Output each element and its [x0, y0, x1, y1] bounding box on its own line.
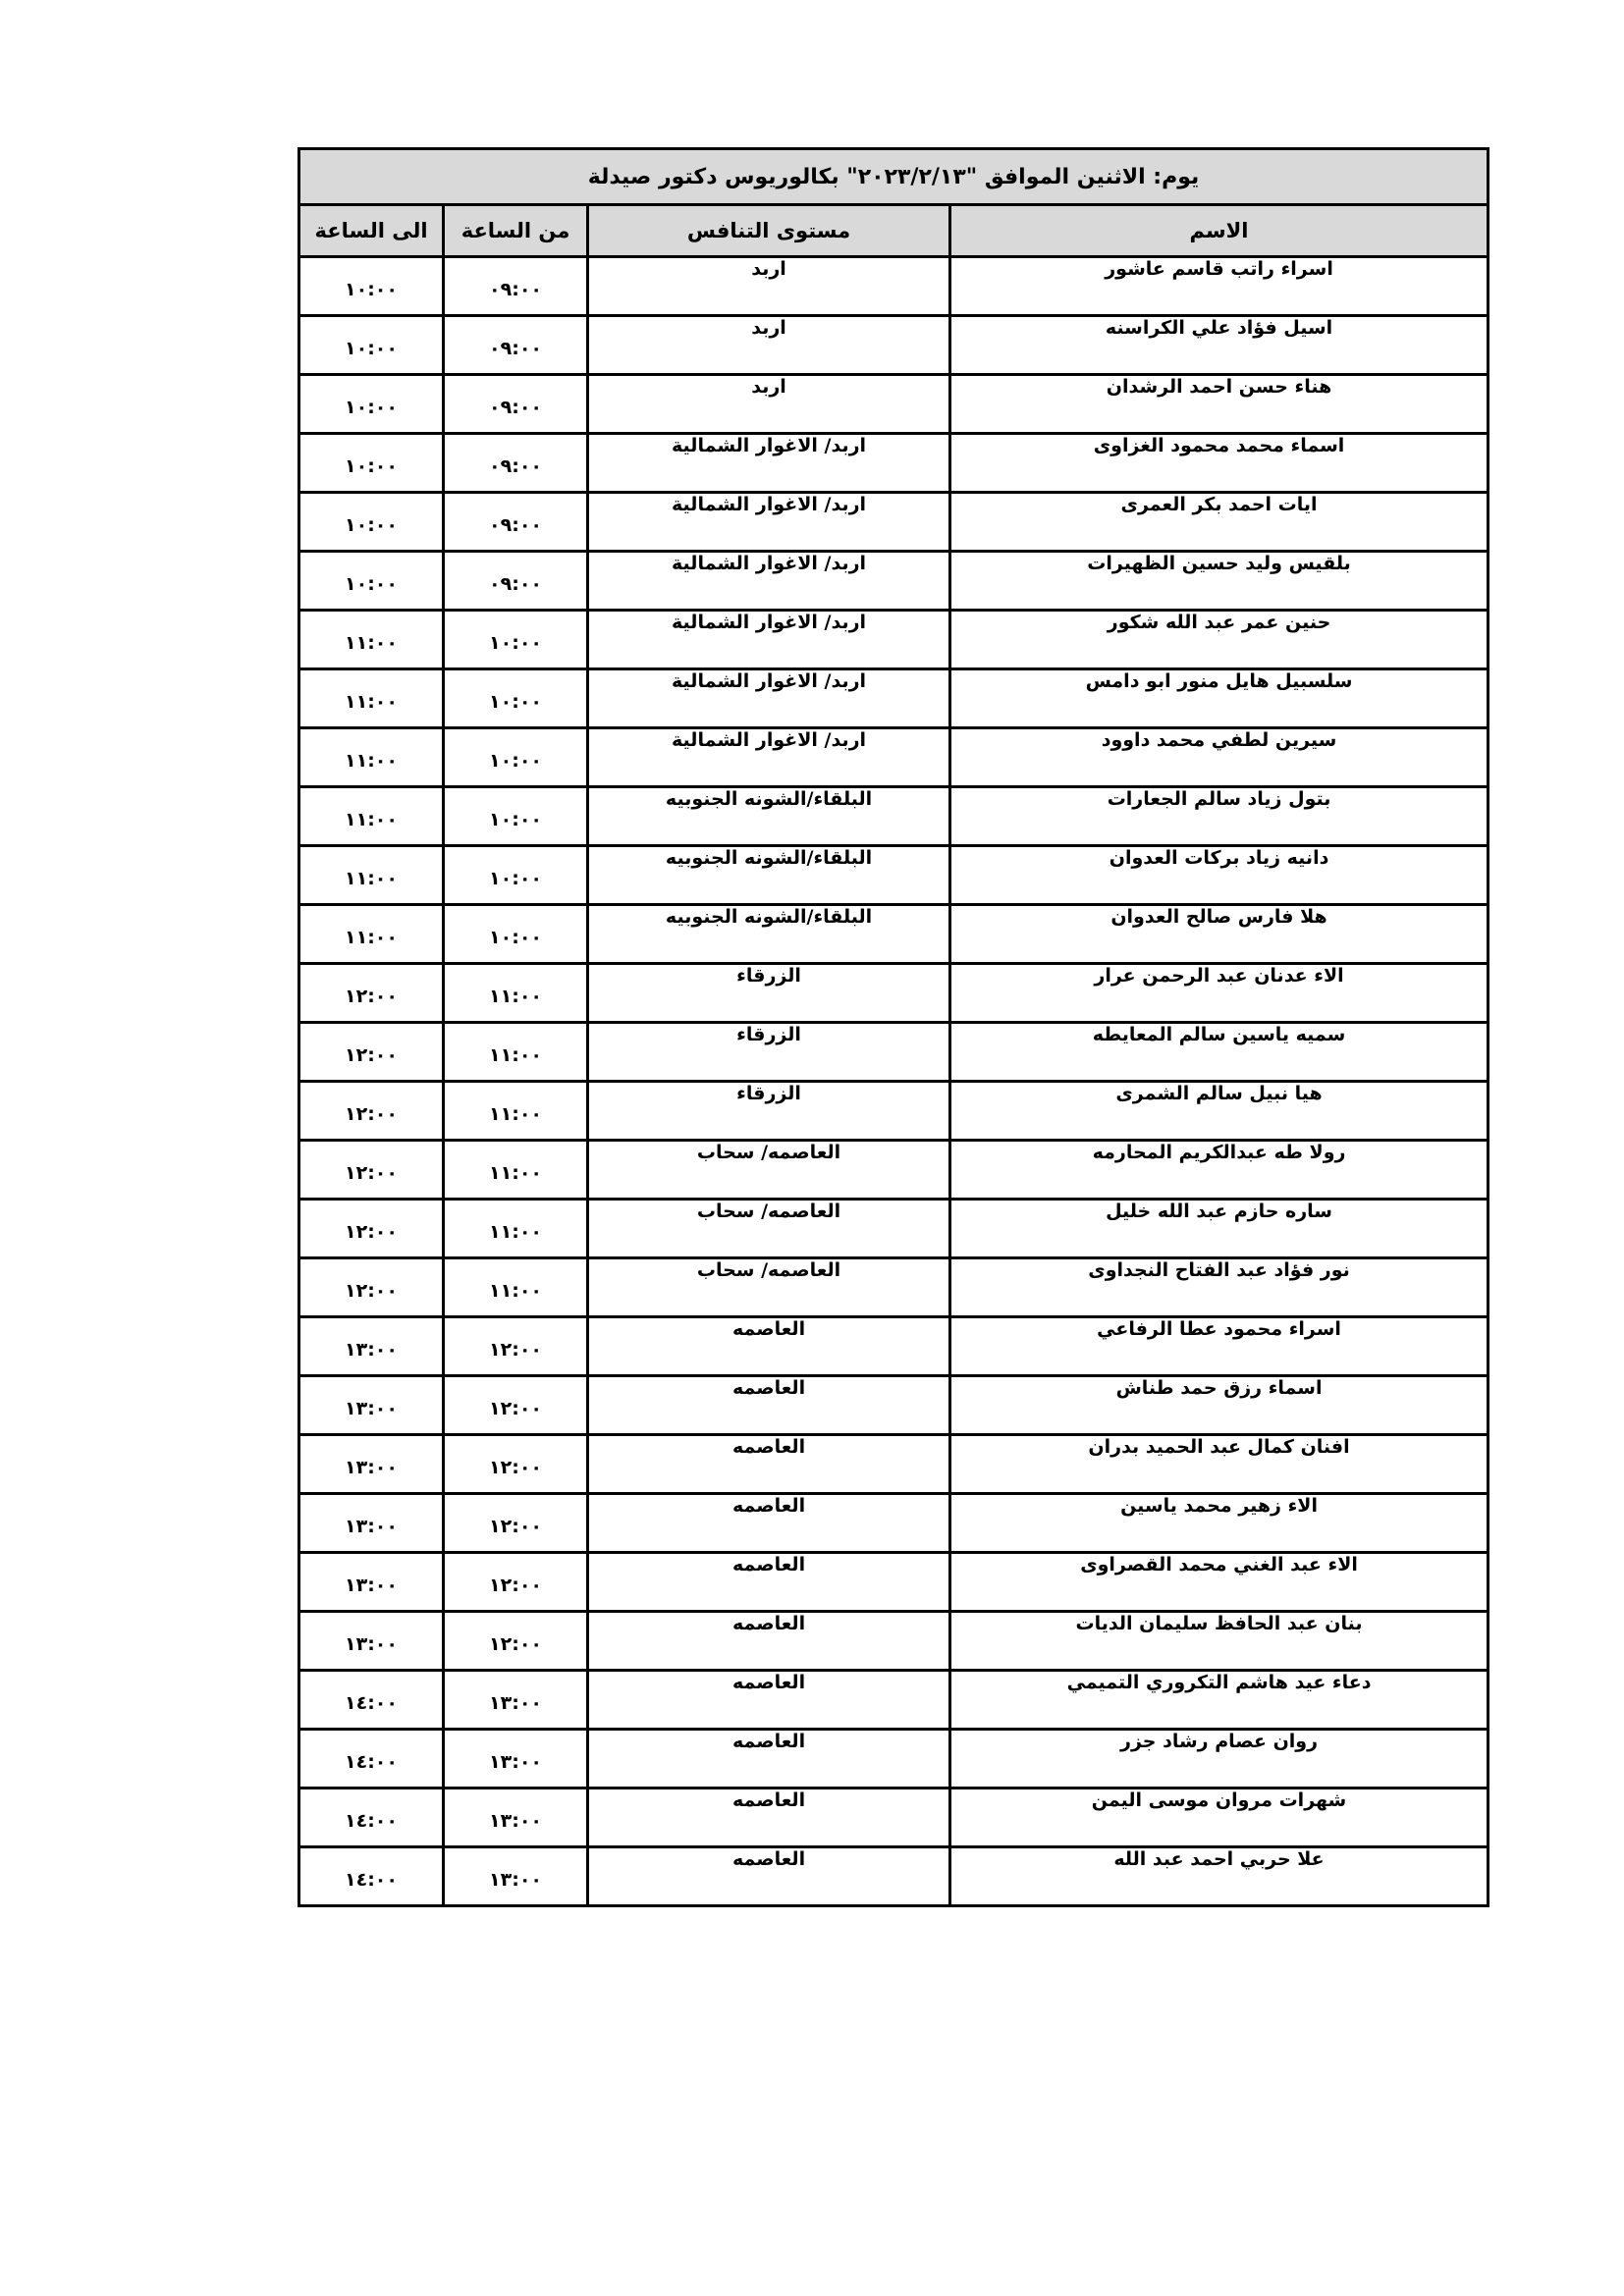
cell-to-time: ١٢:٠٠: [299, 964, 444, 1023]
cell-name: الاء عدنان عبد الرحمن عرار: [950, 964, 1489, 1023]
cell-region: اربد: [588, 375, 950, 434]
cell-from-time: ٠٩:٠٠: [444, 316, 588, 375]
cell-region: العاصمه: [588, 1730, 950, 1789]
cell-name: سميه ياسين سالم المعايطه: [950, 1023, 1489, 1082]
cell-from-time: ١٣:٠٠: [444, 1730, 588, 1789]
cell-region: العاصمه/ سحاب: [588, 1141, 950, 1200]
table-row: هلا فارس صالح العدوانالبلقاء/الشونه الجن…: [299, 905, 1489, 964]
column-header-region: مستوى التنافس: [588, 205, 950, 257]
cell-to-time: ١٢:٠٠: [299, 1200, 444, 1258]
cell-from-time: ٠٩:٠٠: [444, 552, 588, 611]
cell-to-time: ١٣:٠٠: [299, 1376, 444, 1435]
cell-from-time: ٠٩:٠٠: [444, 434, 588, 493]
cell-region: العاصمه: [588, 1789, 950, 1847]
cell-name: سلسبيل هايل منور ابو دامس: [950, 669, 1489, 728]
cell-name: بتول زياد سالم الجعارات: [950, 787, 1489, 846]
cell-region: العاصمه: [588, 1847, 950, 1906]
table-body: اسراء راتب قاسم عاشوراربد٠٩:٠٠١٠:٠٠اسيل …: [299, 257, 1489, 1906]
cell-name: ايات احمد بكر العمرى: [950, 493, 1489, 552]
cell-to-time: ١٠:٠٠: [299, 375, 444, 434]
cell-to-time: ١٣:٠٠: [299, 1494, 444, 1553]
cell-to-time: ١٠:٠٠: [299, 552, 444, 611]
cell-from-time: ١٢:٠٠: [444, 1317, 588, 1376]
column-header-to: الى الساعة: [299, 205, 444, 257]
cell-from-time: ١٠:٠٠: [444, 787, 588, 846]
cell-to-time: ١١:٠٠: [299, 728, 444, 787]
cell-from-time: ١١:٠٠: [444, 1258, 588, 1317]
cell-from-time: ١٠:٠٠: [444, 846, 588, 905]
cell-to-time: ١٣:٠٠: [299, 1553, 444, 1612]
cell-to-time: ١٢:٠٠: [299, 1141, 444, 1200]
cell-name: حنين عمر عبد الله شكور: [950, 611, 1489, 669]
cell-region: اربد/ الاغوار الشمالية: [588, 611, 950, 669]
cell-name: افنان كمال عبد الحميد بدران: [950, 1435, 1489, 1494]
cell-to-time: ١١:٠٠: [299, 846, 444, 905]
cell-to-time: ١٤:٠٠: [299, 1730, 444, 1789]
cell-region: العاصمه/ سحاب: [588, 1258, 950, 1317]
table-row: هيا نبيل سالم الشمرىالزرقاء١١:٠٠١٢:٠٠: [299, 1082, 1489, 1141]
cell-region: الزرقاء: [588, 964, 950, 1023]
cell-to-time: ١٢:٠٠: [299, 1023, 444, 1082]
table-row: رولا طه عبدالكريم المحارمهالعاصمه/ سحاب١…: [299, 1141, 1489, 1200]
table-row: اسيل فؤاد علي الكراسنهاربد٠٩:٠٠١٠:٠٠: [299, 316, 1489, 375]
cell-region: العاصمه: [588, 1435, 950, 1494]
cell-name: اسماء محمد محمود الغزاوى: [950, 434, 1489, 493]
table-row: بنان عبد الحافظ سليمان الدياتالعاصمه١٢:٠…: [299, 1612, 1489, 1671]
table-row: ساره حازم عبد الله خليلالعاصمه/ سحاب١١:٠…: [299, 1200, 1489, 1258]
cell-name: علا حربي احمد عبد الله: [950, 1847, 1489, 1906]
cell-from-time: ١٠:٠٠: [444, 611, 588, 669]
cell-name: الاء عبد الغني محمد القصراوى: [950, 1553, 1489, 1612]
cell-from-time: ١٢:٠٠: [444, 1553, 588, 1612]
cell-region: العاصمه: [588, 1376, 950, 1435]
cell-region: اربد: [588, 257, 950, 316]
column-header-name: الاسم: [950, 205, 1489, 257]
cell-name: اسماء رزق حمد طناش: [950, 1376, 1489, 1435]
table-row: اسراء محمود عطا الرفاعيالعاصمه١٢:٠٠١٣:٠٠: [299, 1317, 1489, 1376]
cell-region: العاصمه: [588, 1553, 950, 1612]
cell-region: العاصمه/ سحاب: [588, 1200, 950, 1258]
table-row: اسماء رزق حمد طناشالعاصمه١٢:٠٠١٣:٠٠: [299, 1376, 1489, 1435]
table-row: افنان كمال عبد الحميد بدرانالعاصمه١٢:٠٠١…: [299, 1435, 1489, 1494]
cell-region: اربد/ الاغوار الشمالية: [588, 669, 950, 728]
cell-from-time: ١١:٠٠: [444, 964, 588, 1023]
cell-from-time: ٠٩:٠٠: [444, 375, 588, 434]
table-row: شهرات مروان موسى اليمنالعاصمه١٣:٠٠١٤:٠٠: [299, 1789, 1489, 1847]
table-row: سيرين لطفي محمد داووداربد/ الاغوار الشما…: [299, 728, 1489, 787]
table-row: روان عصام رشاد جزرالعاصمه١٣:٠٠١٤:٠٠: [299, 1730, 1489, 1789]
cell-to-time: ١١:٠٠: [299, 905, 444, 964]
cell-to-time: ١٣:٠٠: [299, 1317, 444, 1376]
cell-name: دعاء عيد هاشم التكروري التميمي: [950, 1671, 1489, 1730]
cell-name: الاء زهير محمد ياسين: [950, 1494, 1489, 1553]
cell-from-time: ١٠:٠٠: [444, 728, 588, 787]
cell-from-time: ١١:٠٠: [444, 1141, 588, 1200]
cell-region: الزرقاء: [588, 1023, 950, 1082]
table-row: اسراء راتب قاسم عاشوراربد٠٩:٠٠١٠:٠٠: [299, 257, 1489, 316]
table-row: اسماء محمد محمود الغزاوىاربد/ الاغوار ال…: [299, 434, 1489, 493]
cell-name: روان عصام رشاد جزر: [950, 1730, 1489, 1789]
cell-to-time: ١٢:٠٠: [299, 1258, 444, 1317]
table-row: الاء عدنان عبد الرحمن عرارالزرقاء١١:٠٠١٢…: [299, 964, 1489, 1023]
cell-region: البلقاء/الشونه الجنوبيه: [588, 905, 950, 964]
table-row: دانيه زياد بركات العدوانالبلقاء/الشونه ا…: [299, 846, 1489, 905]
cell-name: هناء حسن احمد الرشدان: [950, 375, 1489, 434]
cell-region: اربد/ الاغوار الشمالية: [588, 728, 950, 787]
cell-to-time: ١٠:٠٠: [299, 257, 444, 316]
cell-from-time: ١٠:٠٠: [444, 905, 588, 964]
cell-region: العاصمه: [588, 1317, 950, 1376]
cell-from-time: ١٢:٠٠: [444, 1435, 588, 1494]
cell-to-time: ١٤:٠٠: [299, 1671, 444, 1730]
cell-region: العاصمه: [588, 1612, 950, 1671]
cell-to-time: ١١:٠٠: [299, 669, 444, 728]
cell-region: البلقاء/الشونه الجنوبيه: [588, 846, 950, 905]
cell-from-time: ١١:٠٠: [444, 1200, 588, 1258]
table-row: هناء حسن احمد الرشداناربد٠٩:٠٠١٠:٠٠: [299, 375, 1489, 434]
cell-from-time: ١٢:٠٠: [444, 1494, 588, 1553]
cell-name: اسراء محمود عطا الرفاعي: [950, 1317, 1489, 1376]
header-row: الاسم مستوى التنافس من الساعة الى الساعة: [299, 205, 1489, 257]
cell-to-time: ١١:٠٠: [299, 611, 444, 669]
cell-to-time: ١١:٠٠: [299, 787, 444, 846]
cell-name: سيرين لطفي محمد داوود: [950, 728, 1489, 787]
schedule-table: يوم: الاثنين الموافق "٢٠٢٣/٢/١٣" بكالوري…: [298, 147, 1489, 1907]
table-row: علا حربي احمد عبد اللهالعاصمه١٣:٠٠١٤:٠٠: [299, 1847, 1489, 1906]
cell-region: اربد/ الاغوار الشمالية: [588, 434, 950, 493]
table-row: بتول زياد سالم الجعاراتالبلقاء/الشونه ال…: [299, 787, 1489, 846]
cell-to-time: ١٣:٠٠: [299, 1612, 444, 1671]
cell-from-time: ١١:٠٠: [444, 1082, 588, 1141]
cell-name: ساره حازم عبد الله خليل: [950, 1200, 1489, 1258]
table-row: بلقيس وليد حسين الظهيراتاربد/ الاغوار ال…: [299, 552, 1489, 611]
cell-to-time: ١٤:٠٠: [299, 1847, 444, 1906]
document-page: يوم: الاثنين الموافق "٢٠٢٣/٢/١٣" بكالوري…: [0, 0, 1624, 2296]
cell-name: نور فؤاد عبد الفتاح النجداوى: [950, 1258, 1489, 1317]
cell-region: الزرقاء: [588, 1082, 950, 1141]
cell-to-time: ١٢:٠٠: [299, 1082, 444, 1141]
cell-name: رولا طه عبدالكريم المحارمه: [950, 1141, 1489, 1200]
cell-name: بنان عبد الحافظ سليمان الديات: [950, 1612, 1489, 1671]
cell-region: العاصمه: [588, 1671, 950, 1730]
cell-region: العاصمه: [588, 1494, 950, 1553]
cell-from-time: ١٢:٠٠: [444, 1376, 588, 1435]
cell-name: هيا نبيل سالم الشمرى: [950, 1082, 1489, 1141]
cell-name: دانيه زياد بركات العدوان: [950, 846, 1489, 905]
cell-name: اسراء راتب قاسم عاشور: [950, 257, 1489, 316]
cell-to-time: ١٠:٠٠: [299, 316, 444, 375]
table-row: نور فؤاد عبد الفتاح النجداوىالعاصمه/ سحا…: [299, 1258, 1489, 1317]
cell-from-time: ١١:٠٠: [444, 1023, 588, 1082]
cell-from-time: ١٢:٠٠: [444, 1612, 588, 1671]
table-row: حنين عمر عبد الله شكوراربد/ الاغوار الشم…: [299, 611, 1489, 669]
cell-from-time: ١٣:٠٠: [444, 1847, 588, 1906]
cell-name: اسيل فؤاد علي الكراسنه: [950, 316, 1489, 375]
table-row: سلسبيل هايل منور ابو دامساربد/ الاغوار ا…: [299, 669, 1489, 728]
cell-from-time: ١٠:٠٠: [444, 669, 588, 728]
cell-from-time: ١٣:٠٠: [444, 1671, 588, 1730]
cell-name: شهرات مروان موسى اليمن: [950, 1789, 1489, 1847]
cell-to-time: ١٠:٠٠: [299, 493, 444, 552]
cell-to-time: ١٠:٠٠: [299, 434, 444, 493]
table-row: الاء زهير محمد ياسينالعاصمه١٢:٠٠١٣:٠٠: [299, 1494, 1489, 1553]
table-row: الاء عبد الغني محمد القصراوىالعاصمه١٢:٠٠…: [299, 1553, 1489, 1612]
title-row: يوم: الاثنين الموافق "٢٠٢٣/٢/١٣" بكالوري…: [299, 149, 1489, 205]
cell-region: اربد: [588, 316, 950, 375]
table-row: دعاء عيد هاشم التكروري التميميالعاصمه١٣:…: [299, 1671, 1489, 1730]
cell-name: بلقيس وليد حسين الظهيرات: [950, 552, 1489, 611]
cell-name: هلا فارس صالح العدوان: [950, 905, 1489, 964]
table-title: يوم: الاثنين الموافق "٢٠٢٣/٢/١٣" بكالوري…: [299, 149, 1489, 205]
cell-from-time: ١٣:٠٠: [444, 1789, 588, 1847]
cell-from-time: ٠٩:٠٠: [444, 493, 588, 552]
column-header-from: من الساعة: [444, 205, 588, 257]
table-row: ايات احمد بكر العمرىاربد/ الاغوار الشمال…: [299, 493, 1489, 552]
cell-from-time: ٠٩:٠٠: [444, 257, 588, 316]
cell-to-time: ١٤:٠٠: [299, 1789, 444, 1847]
cell-region: اربد/ الاغوار الشمالية: [588, 493, 950, 552]
cell-to-time: ١٣:٠٠: [299, 1435, 444, 1494]
cell-region: اربد/ الاغوار الشمالية: [588, 552, 950, 611]
cell-region: البلقاء/الشونه الجنوبيه: [588, 787, 950, 846]
table-row: سميه ياسين سالم المعايطهالزرقاء١١:٠٠١٢:٠…: [299, 1023, 1489, 1082]
